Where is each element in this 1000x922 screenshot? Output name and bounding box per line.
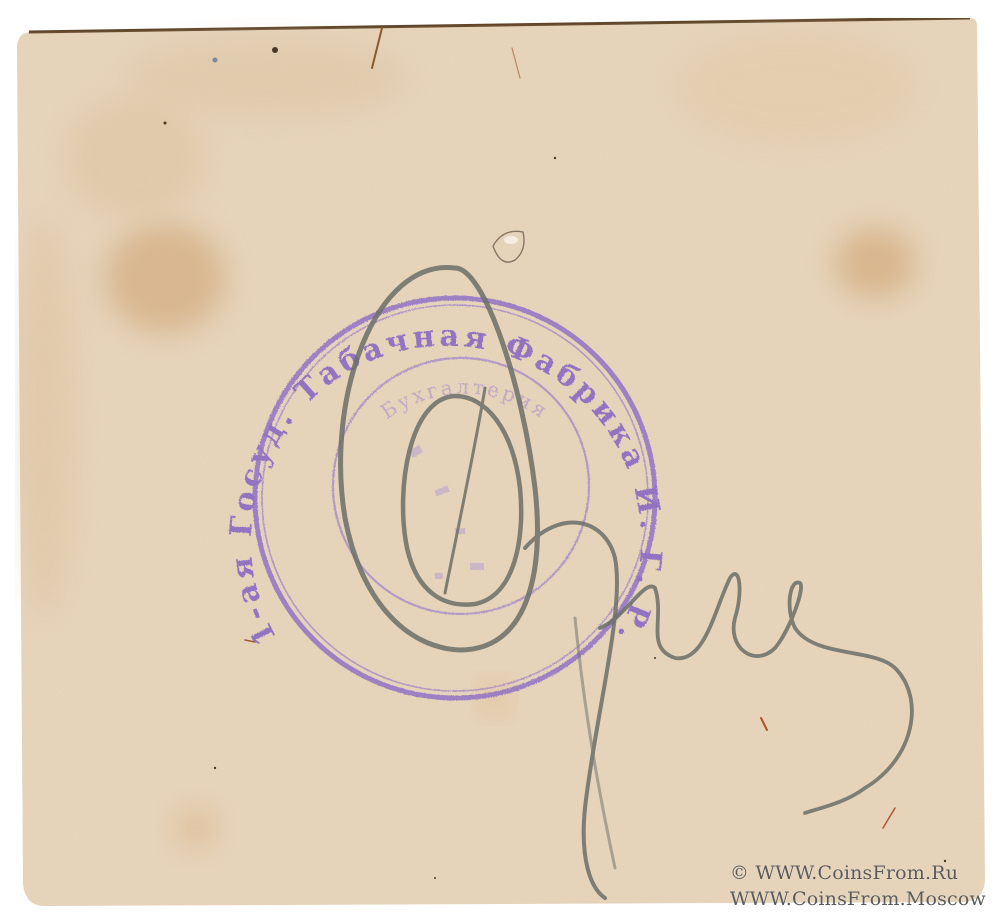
note-graphic: 1-ая Госуд. Табачная Фабрика И. Г. Р. Бу… bbox=[15, 18, 987, 906]
scanned-note: 1-ая Госуд. Табачная Фабрика И. Г. Р. Бу… bbox=[0, 0, 1000, 922]
watermark-line-2: WWW.CoinsFrom.Moscow bbox=[730, 886, 986, 912]
paper-card: 1-ая Госуд. Табачная Фабрика И. Г. Р. Бу… bbox=[15, 18, 987, 906]
watermark: © WWW.CoinsFrom.Ru WWW.CoinsFrom.Moscow bbox=[730, 860, 986, 912]
watermark-line-1: © WWW.CoinsFrom.Ru bbox=[730, 860, 986, 886]
